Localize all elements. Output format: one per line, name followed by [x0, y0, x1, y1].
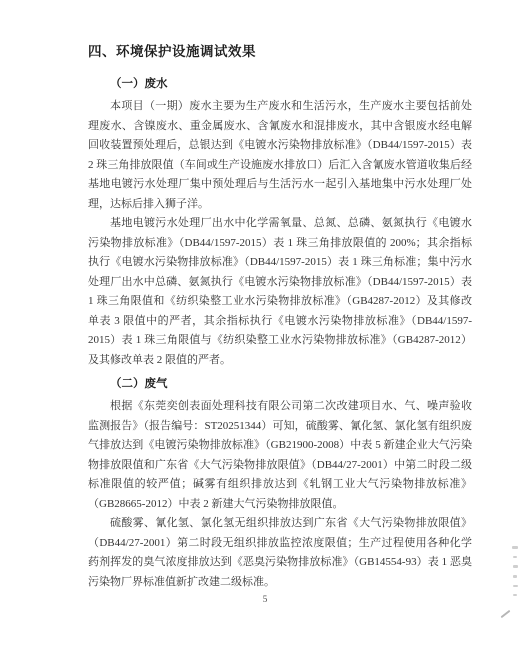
document-page: 四、环境保护设施调试效果 （一）废水 本项目（一期）废水主要为生产废水和生活污水…	[0, 0, 530, 650]
paragraph-wastewater-2: 基地电镀污水处理厂出水中化学需氧量、总氮、总磷、氨氮执行《电镀水污染物排放标准》…	[88, 214, 472, 370]
document-content: 四、环境保护设施调试效果 （一）废水 本项目（一期）废水主要为生产废水和生活污水…	[88, 44, 472, 592]
paragraph-waste-gas-1: 根据《东莞奕创表面处理科技有限公司第二次改建项目水、气、噪声验收监测报告》（报告…	[88, 397, 472, 514]
paragraph-wastewater-1: 本项目（一期）废水主要为生产废水和生活污水，生产废水主要包括前处理废水、含镍废水…	[88, 97, 472, 214]
scan-artifact-slash	[501, 610, 511, 618]
paragraph-waste-gas-2: 硫酸雾、氰化氢、氯化氢无组织排放达到广东省《大气污染物排放限值》（DB44/27…	[88, 514, 472, 592]
document-title: 四、环境保护设施调试效果	[88, 44, 472, 60]
scan-artifact-marks	[509, 546, 521, 596]
section-heading-wastewater: （一）废水	[88, 77, 472, 91]
section-heading-waste-gas: （二）废气	[88, 377, 472, 391]
page-number: 5	[0, 595, 530, 605]
